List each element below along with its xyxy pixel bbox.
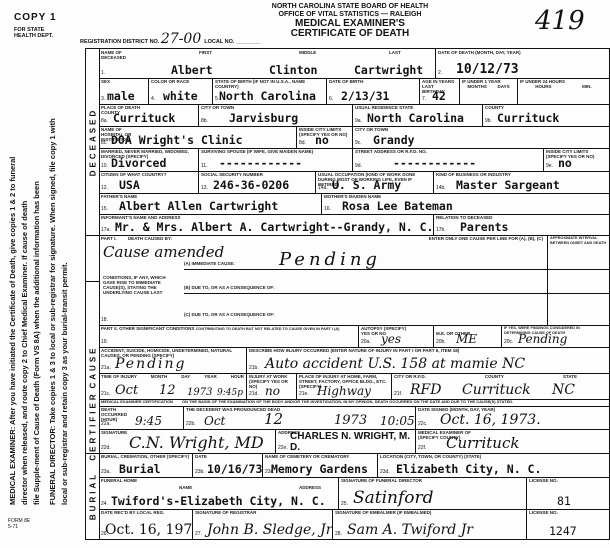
row-registrar: DATE REC'D BY LOCAL REG.26.Oct. 16, 1973… [99, 509, 609, 539]
findings-field[interactable]: IF YES, WERE FINDINGS CONSIDERED IN DETE… [502, 325, 609, 347]
marital-field[interactable]: MARRIED, NEVER MARRIED, WIDOWED, DIVORCE… [99, 148, 199, 171]
section-parents [86, 235, 100, 282]
me-of-county-field[interactable]: MEDICAL EXAMINER OF (SPECIFY COUNTY)22f.… [416, 429, 609, 453]
row-place: PLACE OF DEATH COUNTY8a.Currituck CITY O… [99, 104, 609, 127]
at-work-field[interactable]: INJURY AT WORK (SPECIFY YES OR NO)21d.no [247, 373, 297, 399]
age-field[interactable]: AGE IN YEARS LAST BIRTHDAY7.42 [420, 78, 460, 104]
director-signature-field[interactable]: SIGNATURE OF FUNERAL DIRECTOR25.Satinfor… [339, 477, 527, 509]
dob-field[interactable]: DATE OF BIRTH6.2/13/31 [327, 78, 420, 104]
first-name: Albert [171, 63, 213, 77]
license2-field[interactable]: LICENSE NO.1247 [527, 509, 609, 539]
cause-amended-note: Cause amended [103, 243, 224, 261]
cause-part1: PART I. DEATH CAUSED BY: ENTER ONLY ONE … [99, 235, 609, 326]
license1-field[interactable]: LICENSE NO.81 [527, 477, 609, 509]
mother-field[interactable]: MOTHER'S MAIDEN NAME16.Rosa Lee Bateman [322, 193, 609, 214]
copy-sub-label: FOR STATE HEALTH DEPT. [14, 27, 64, 39]
cemetery-field[interactable]: NAME OF CEMETERY OR CREMATORY23c.Memory … [263, 453, 378, 477]
autopsy-field[interactable]: AUTOPSY (SPECIFY)YES OR NO20a.yes [359, 325, 434, 347]
me-address-field[interactable]: ADDRESS22e. CHARLES N. WRIGHT, M. D.JARV… [276, 429, 416, 453]
father-field[interactable]: FATHER'S NAME15.Albert Allen Cartwright [99, 193, 322, 214]
row-vitals: SEX3.male COLOR OR RACE4.white STATE OF … [99, 78, 609, 105]
burial-date-field[interactable]: DATE23b.10/16/73 [193, 453, 263, 477]
form-number: FORM 8E 5-71 [8, 518, 30, 530]
registration-district-value: 27-00 [161, 31, 201, 47]
res-inside-limits-field[interactable]: INSIDE CITY LIMITS (SPECIFY YES OR NO)9e… [544, 148, 609, 171]
row-marital: MARRIED, NEVER MARRIED, WIDOWED, DIVORCE… [99, 148, 609, 172]
burial-location-field[interactable]: LOCATION (CITY, TOWN, OR COUNTY) (STATE)… [378, 453, 609, 477]
last-name: Cartwright [354, 63, 423, 77]
residence-state-field[interactable]: USUAL RESIDENCE STATE9a.North Carolina [353, 104, 483, 126]
row-parents: FATHER'S NAME15.Albert Allen Cartwright … [99, 193, 609, 215]
section-certifier: CERTIFIER [86, 399, 100, 454]
row-manner: ACCIDENT, SUICIDE, HOMICIDE, UNDETERMINE… [99, 347, 609, 374]
row-hospital: NAME OF HOSPITAL OR INSTITUTION8c.DOA Wr… [99, 126, 609, 149]
under-1-year-field[interactable]: IF UNDER 1 YEARMONTHSDAYS [460, 78, 518, 104]
street-field[interactable]: STREET ADDRESS OR R.F.D. NO.9d.---------… [353, 148, 544, 171]
certificate-number: 419 [535, 6, 585, 36]
how-injury-field[interactable]: DESCRIBE HOW INJURY OCCURRED (ENTER NATU… [247, 347, 609, 373]
me-signature-field[interactable]: SIGNATURE22d.C.N. Wright, MD [99, 429, 276, 453]
instruction-line3: file Supple-ment of Cause of Death (Form… [32, 181, 41, 505]
death-city-field[interactable]: CITY OR TOWN8b.Jarvisburg [199, 104, 353, 126]
ssn-field[interactable]: SOCIAL SECURITY NUMBER13.246-36-0206 [199, 171, 316, 193]
name-field[interactable]: NAME OF DECEASED FIRST MIDDLE LAST 1. Al… [99, 49, 436, 78]
informant-field[interactable]: INFORMANT'S NAME AND ADDRESS17a.Mr. & Mr… [99, 214, 434, 235]
section-deceased: DECEASED [86, 49, 100, 236]
pronounced-field[interactable]: THE DECEDENT WAS PRONOUNCED DEAD 22b. Oc… [184, 406, 416, 429]
agency-line1: NORTH CAROLINA STATE BOARD OF HEALTH [200, 3, 500, 11]
disposition-field[interactable]: BURIAL, CREMATION, OTHER (SPECIFY)23a.Bu… [99, 453, 193, 477]
date-of-death-field[interactable]: DATE OF DEATH (MONTH, DAY, YEAR) 2. 10/1… [436, 49, 609, 78]
funeral-home-field[interactable]: FUNERAL HOME NAME ADDRESS 24.Twiford's-E… [99, 477, 339, 509]
other-conditions-field[interactable]: PART II. OTHER SIGNIFICANT CONDITIONS CO… [99, 325, 359, 347]
row-citizen: CITIZEN OF WHAT COUNTRY?12.USA SOCIAL SE… [99, 171, 609, 194]
registrar-signature-field[interactable]: SIGNATURE OF REGISTRAR27.John B. Sledge,… [193, 509, 333, 539]
instruction-line5: local or sub-registrar and retain copy 3… [60, 262, 69, 505]
copy-label: COPY 1 [14, 12, 57, 23]
residence-county-field[interactable]: COUNTY9b.Currituck [483, 104, 609, 126]
death-county-field[interactable]: PLACE OF DEATH COUNTY8a.Currituck [99, 104, 199, 126]
race-field[interactable]: COLOR OR RACE4.white [149, 78, 213, 104]
instruction-line1: MEDICAL EXAMINER: After you have initiat… [8, 157, 17, 505]
interval-field[interactable]: APPROXIMATE INTERVAL BETWEEN ONSET AND D… [548, 235, 609, 325]
business-field[interactable]: KIND OF BUSINESS OR INDUSTRY14b.Master S… [434, 171, 609, 193]
date-signed-field[interactable]: DATE SIGNED (MONTH, DAY, YEAR)22c.Oct. 1… [416, 406, 609, 429]
section-burial: BURIAL [86, 453, 100, 539]
me-certification: MEDICAL EXAMINER CERTIFICATION ON THE BA… [99, 399, 609, 406]
autopsy-by-field[interactable]: M.E. OR OTHER20b.ME [434, 325, 502, 347]
date-of-death: 10/12/73 [456, 62, 519, 77]
cause-of-death-field[interactable]: PART I. DEATH CAUSED BY: ENTER ONLY ONE … [99, 235, 548, 325]
received-date-field[interactable]: DATE REC'D BY LOCAL REG.26.Oct. 16, 1973 [99, 509, 193, 539]
row-funeral-home: FUNERAL HOME NAME ADDRESS 24.Twiford's-E… [99, 477, 609, 510]
manner-field[interactable]: ACCIDENT, SUICIDE, HOMICIDE, UNDETERMINE… [99, 347, 247, 373]
under-24-hours-field[interactable]: IF UNDER 24 HOURSHOURSMIN. [518, 78, 609, 104]
citizen-field[interactable]: CITIZEN OF WHAT COUNTRY?12.USA [99, 171, 199, 193]
death-occurred-field[interactable]: DEATH OCCURRED (HOUR)22a.9:45 [99, 406, 184, 429]
instruction-line4: FUNERAL DIRECTOR: Take copies 1 & 3 to l… [48, 118, 57, 505]
middle-name: Clinton [269, 63, 317, 77]
form-header: NORTH CAROLINA STATE BOARD OF HEALTH OFF… [200, 3, 500, 39]
row-pronounced: DEATH OCCURRED (HOUR)22a.9:45 THE DECEDE… [99, 406, 609, 430]
time-of-injury-field[interactable]: TIME OF INJURYMONTHDAYYEARHOUR 21c. Oct … [99, 373, 247, 399]
row-name: NAME OF DECEASED FIRST MIDDLE LAST 1. Al… [99, 49, 609, 79]
spouse-field[interactable]: SURVIVING SPOUSE (IF WIFE, GIVE MAIDEN N… [199, 148, 353, 171]
registration-district: REGISTRATION DISTRICT NO. 27-00 LOCAL NO… [80, 36, 260, 45]
occupation-field[interactable]: USUAL OCCUPATION (KIND OF WORK DONE DURI… [316, 171, 434, 193]
immediate-cause: Pending [279, 249, 381, 270]
sex-field[interactable]: SEX3.male [99, 78, 149, 104]
cause-part2: PART II. OTHER SIGNIFICANT CONDITIONS CO… [99, 325, 609, 348]
row-informant: INFORMANT'S NAME AND ADDRESS17a.Mr. & Mr… [99, 214, 609, 236]
instruction-line2: director when released, and route copy 2… [20, 201, 29, 505]
embalmer-signature-field[interactable]: SIGNATURE OF EMBALMER (IF EMBALMED)28.Sa… [333, 509, 527, 539]
row-signature: SIGNATURE22d.C.N. Wright, MD ADDRESS22e.… [99, 429, 609, 454]
row-disposition: BURIAL, CREMATION, OTHER (SPECIFY)23a.Bu… [99, 453, 609, 478]
row-injury-time: TIME OF INJURYMONTHDAYYEARHOUR 21c. Oct … [99, 373, 609, 400]
instructions: MEDICAL EXAMINER: After you have initiat… [2, 75, 78, 505]
residence-city-field[interactable]: CITY OR TOWN9c.Grandy [353, 126, 609, 148]
relation-field[interactable]: RELATION TO DECEASED17b.Parents [434, 214, 609, 235]
hospital-field[interactable]: NAME OF HOSPITAL OR INSTITUTION8c.DOA Wr… [99, 126, 297, 148]
address-stamp: CHARLES N. WRIGHT, M. D.JARVISBURG, N. C… [290, 431, 415, 453]
certificate-form: DECEASED CAUSE CERTIFIER BURIAL NAME OF … [85, 48, 610, 540]
injury-location-field[interactable]: CITY OR R.F.D.COUNTYSTATE 21f. RFD Curri… [392, 373, 609, 399]
place-of-injury-field[interactable]: PLACE OF INJURY AT HOME, FARM, STREET, F… [297, 373, 392, 399]
inside-limits-field[interactable]: INSIDE CITY LIMITS (SPECIFY YES OR NO)8d… [297, 126, 353, 148]
birth-state-field[interactable]: STATE OF BIRTH (IF NOT IN U.S.A., NAME C… [213, 78, 327, 104]
